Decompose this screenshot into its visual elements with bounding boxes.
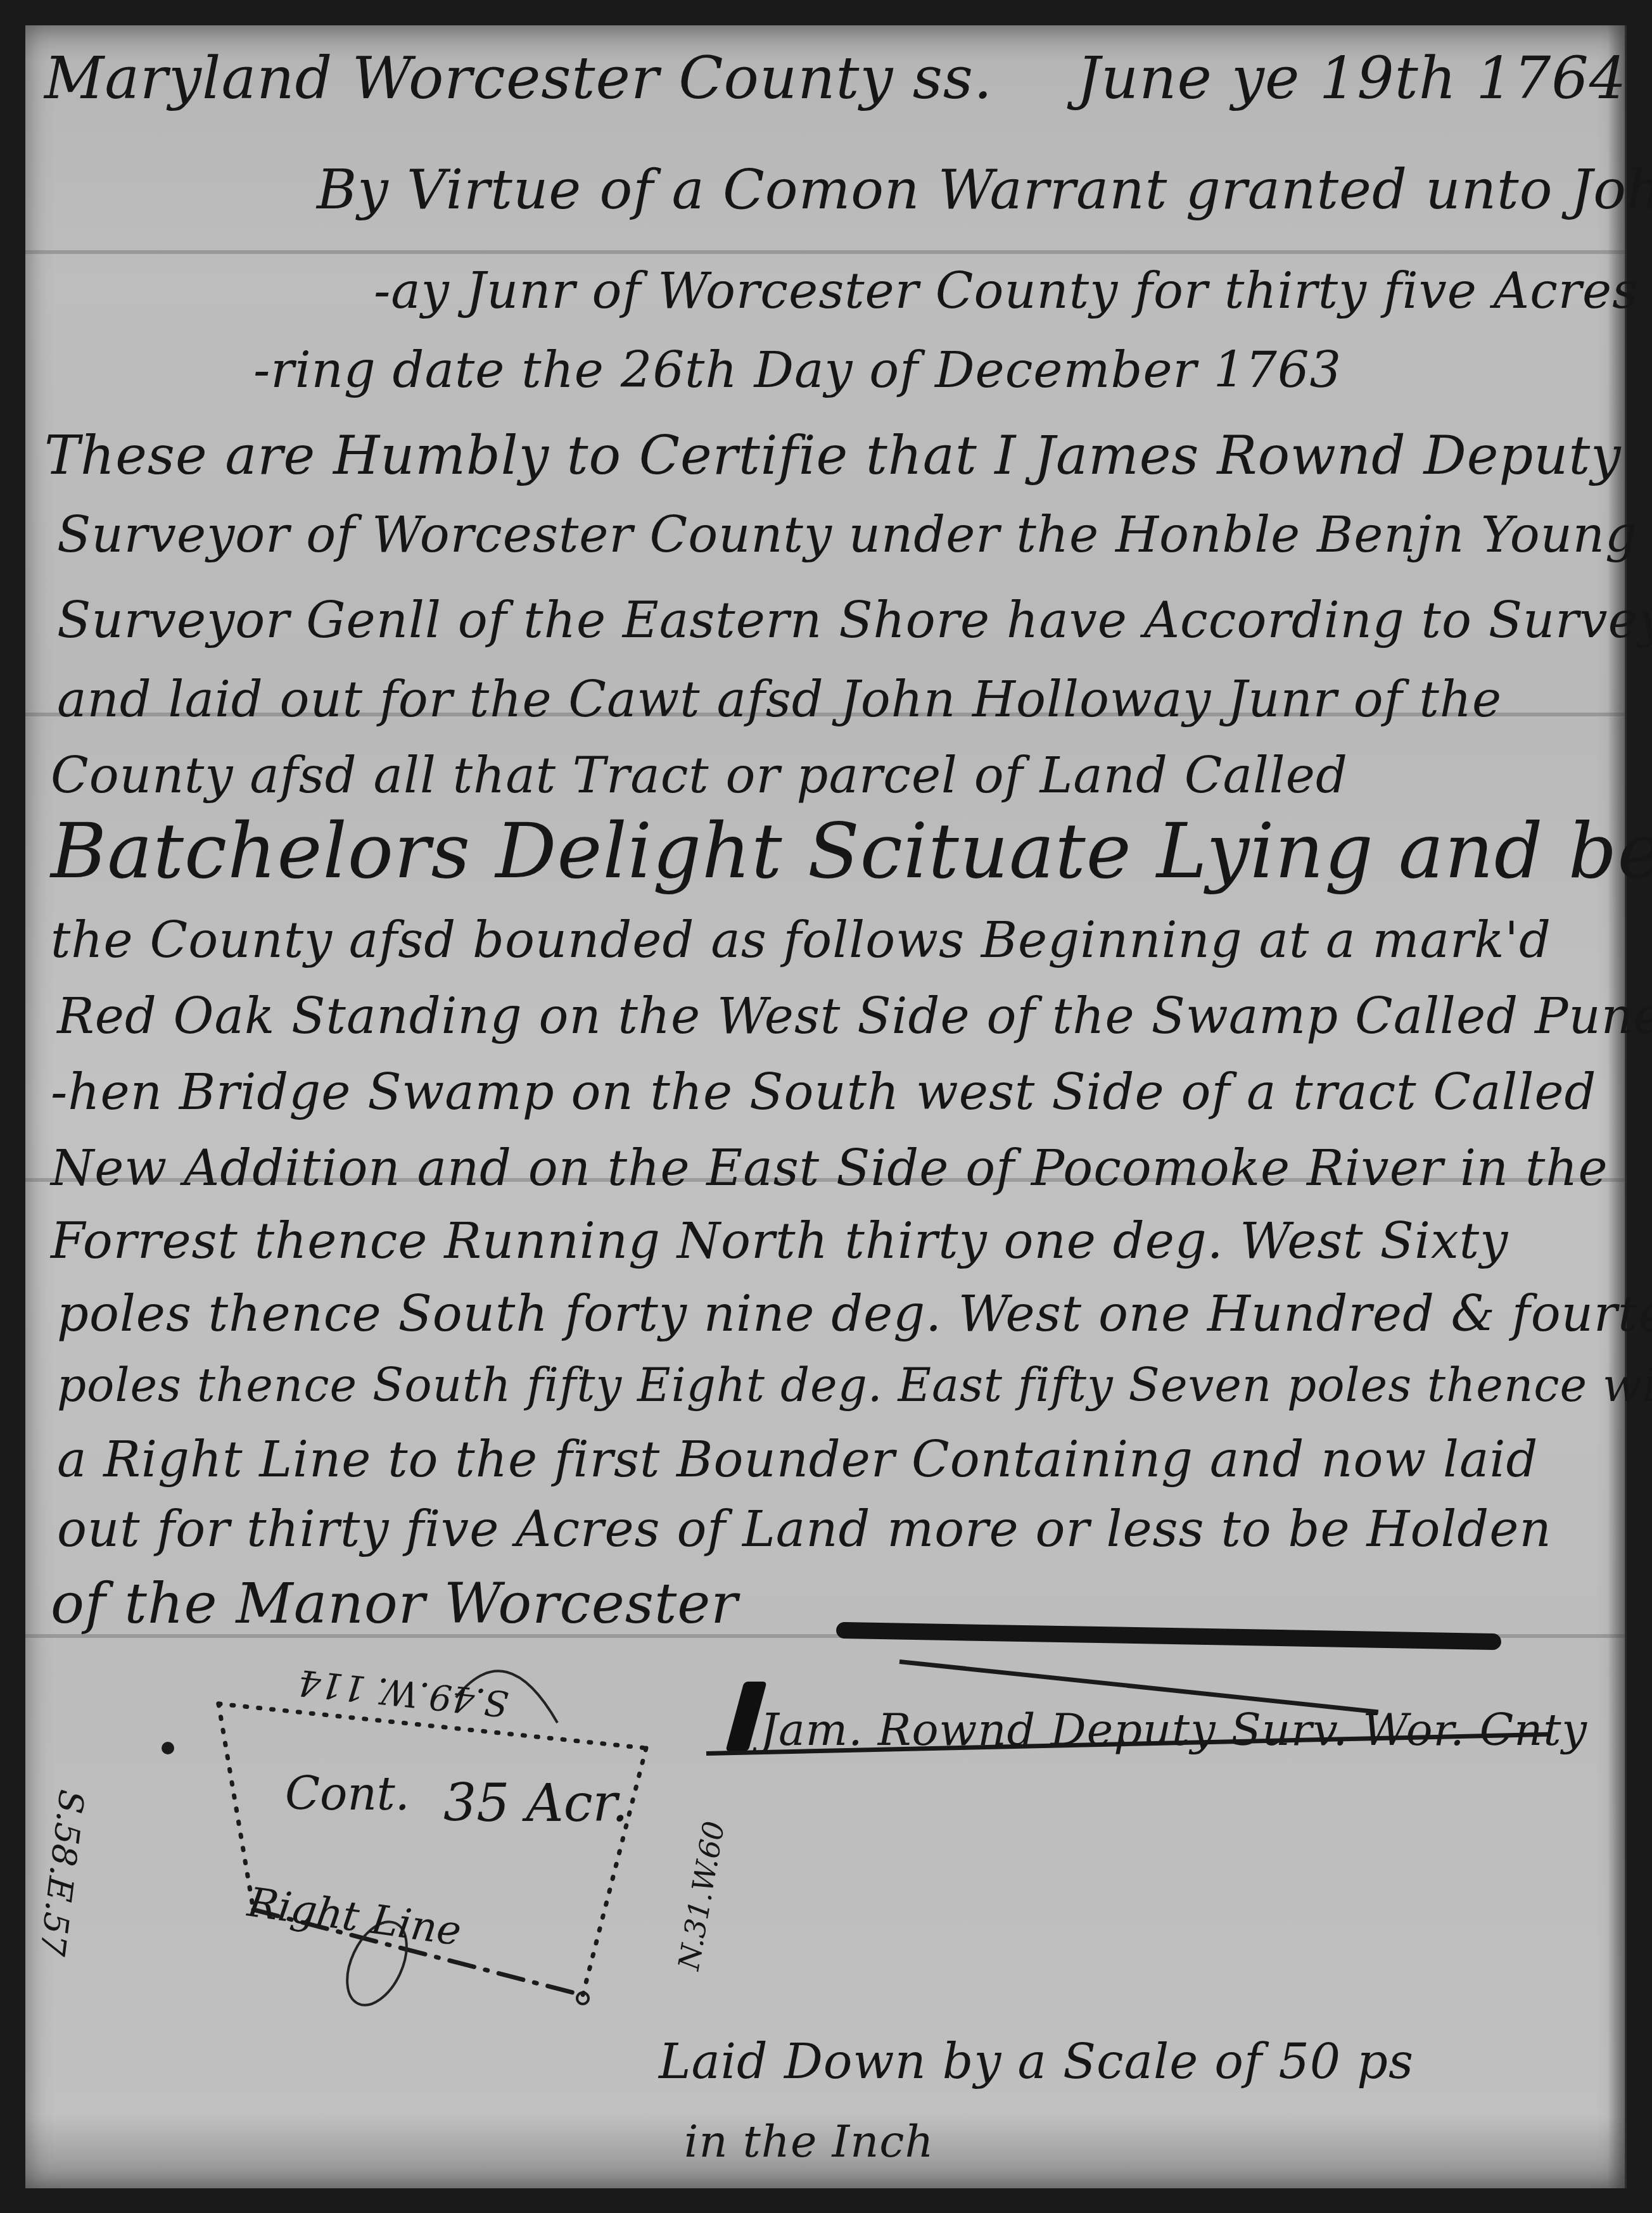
body-line-13: New Addition and on the East Side of Poc… [51, 1140, 1608, 1197]
body-line-6: Surveyor Genll of the Eastern Shore have… [57, 592, 1652, 649]
body-line-18: out for thirty five Acres of Land more o… [57, 1501, 1552, 1558]
header-date: June ye 19th 1764 [1077, 44, 1627, 112]
paper-fold [25, 250, 1625, 254]
scale-note-line-1: Laid Down by a Scale of 50 ps [659, 2033, 1414, 2089]
body-line-16: poles thence South fifty Eight deg. East… [57, 1359, 1652, 1412]
body-line-15: poles thence South forty nine deg. West … [57, 1286, 1652, 1343]
body-line-8: County afsd all that Tract or parcel of … [51, 747, 1348, 804]
body-line-5: Surveyor of Worcester County under the H… [57, 507, 1652, 564]
tract-name-line: Batchelors Delight Scituate Lying and be… [51, 808, 1652, 896]
header-place: Maryland Worcester County ss. [44, 44, 993, 112]
body-line-3: -ring date the 26th Day of December 1763 [253, 342, 1342, 399]
body-line-7: and laid out for the Cawt afsd John Holl… [57, 671, 1502, 728]
body-line-17: a Right Line to the first Bounder Contai… [57, 1431, 1538, 1488]
body-line-10: the County afsd bounded as follows Begin… [51, 912, 1551, 969]
body-line-12: -hen Bridge Swamp on the South west Side… [51, 1064, 1596, 1121]
paper-edge-shadow [1608, 25, 1627, 2188]
body-line-19: of the Manor Worcester [51, 1571, 738, 1636]
plat-center-acreage: 35 Acr. [443, 1773, 628, 1834]
body-line-14: Forrest thence Running North thirty one … [51, 1213, 1508, 1270]
body-line-2: -ay Junr of Worcester County for thirty … [374, 263, 1652, 320]
scale-note-line-2: in the Inch [684, 2115, 934, 2167]
body-line-1: By Virtue of a Comon Warrant granted unt… [317, 158, 1652, 222]
body-line-11: Red Oak Standing on the West Side of the… [57, 988, 1652, 1045]
plat-center-prefix: Cont. [285, 1767, 410, 1820]
body-line-4: These are Humbly to Certifie that I Jame… [44, 424, 1622, 486]
